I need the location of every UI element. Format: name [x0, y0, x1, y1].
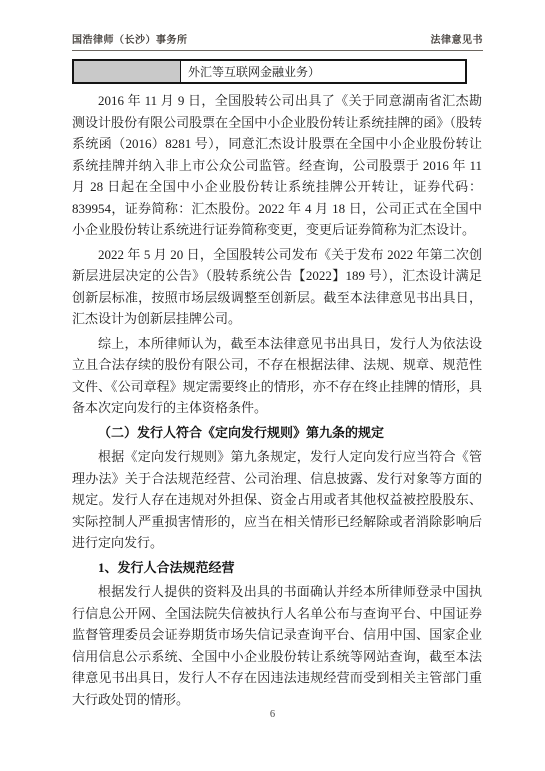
paragraph-rule-nine: 根据《定向发行规则》第九条规定，发行人定向发行应当符合《管理办法》关于合法规范经…	[72, 446, 482, 554]
table-text-cell: 外汇等互联网金融业务）	[181, 61, 465, 82]
running-header: 国浩律师（长沙）事务所 法律意见书	[72, 31, 483, 51]
document-body: 2016 年 11 月 9 日，全国股转公司出具了《关于同意湖南省汇杰勘测设计股…	[72, 90, 482, 713]
table-shaded-cell	[74, 61, 181, 82]
document-type-label: 法律意见书	[431, 31, 484, 46]
continuation-table: 外汇等互联网金融业务）	[72, 59, 467, 84]
page-footer: 6	[0, 709, 545, 720]
paragraph-conclusion: 综上，本所律师认为，截至本法律意见书出具日，发行人为依法设立且合法存续的股份有限…	[72, 333, 482, 419]
paragraph-listing-history: 2016 年 11 月 9 日，全国股转公司出具了《关于同意湖南省汇杰勘测设计股…	[72, 90, 482, 241]
section-heading-2: （二）发行人符合《定向发行规则》第九条的规定	[72, 422, 482, 444]
paragraph-lawful-operation: 根据发行人提供的资料及出具的书面确认并经本所律师登录中国执行信息公开网、全国法院…	[72, 581, 482, 710]
subsection-heading-1: 1、发行人合法规范经营	[72, 557, 482, 579]
legal-opinion-page: 国浩律师（长沙）事务所 法律意见书 外汇等互联网金融业务） 2016 年 11 …	[0, 0, 545, 771]
page-number: 6	[270, 709, 275, 720]
law-firm-name: 国浩律师（长沙）事务所	[72, 31, 188, 46]
paragraph-innovation-layer: 2022 年 5 月 20 日，全国股转公司发布《关于发布 2022 年第二次创…	[72, 244, 482, 330]
